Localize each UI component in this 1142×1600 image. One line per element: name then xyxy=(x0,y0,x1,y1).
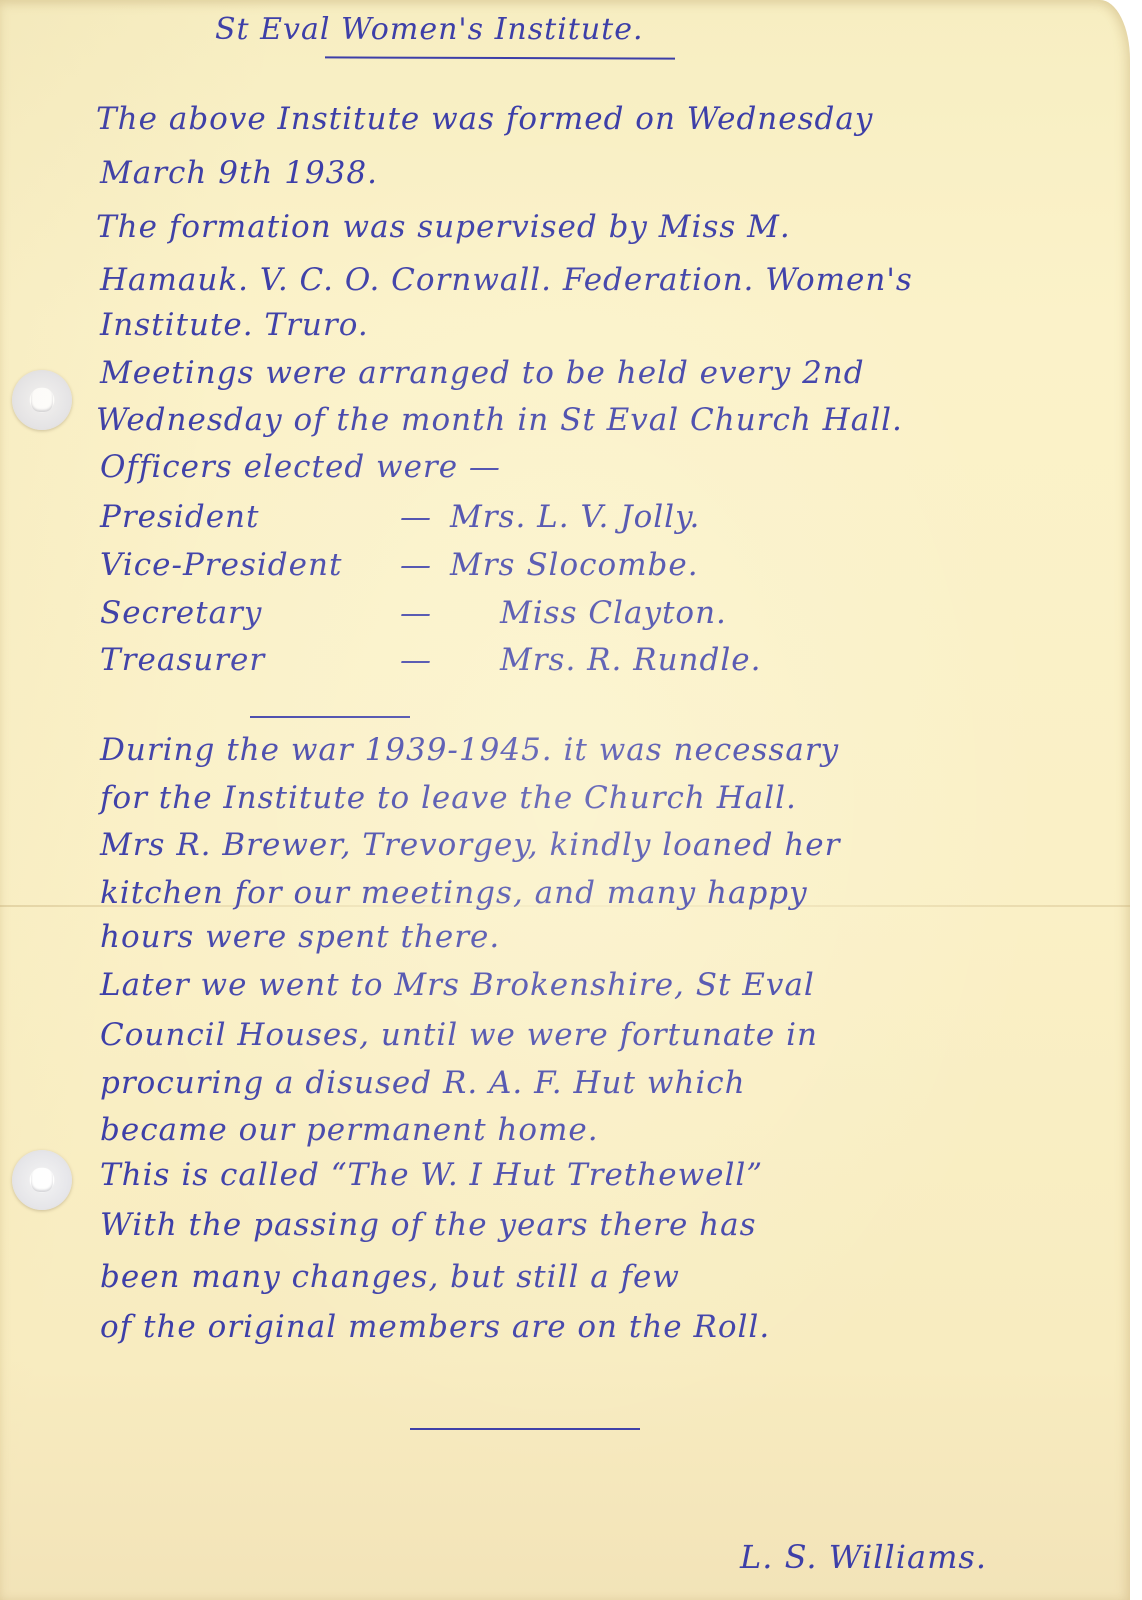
text-line: Wednesday of the month in St Eval Church… xyxy=(96,405,903,436)
text-line: Mrs R. Brewer, Trevorgey, kindly loaned … xyxy=(100,830,840,861)
text-line: With the passing of the years there has xyxy=(100,1210,757,1241)
text-line: kitchen for our meetings, and many happy xyxy=(100,878,808,909)
text-line: of the original members are on the Roll. xyxy=(100,1312,770,1343)
officer-dash: — xyxy=(400,502,432,533)
signature: L. S. Williams. xyxy=(740,1538,987,1576)
title-underline xyxy=(325,56,675,59)
text-line: Later we went to Mrs Brokenshire, St Eva… xyxy=(100,970,815,1001)
text-line: procuring a disused R. A. F. Hut which xyxy=(100,1068,746,1099)
text-line: Council Houses, until we were fortunate … xyxy=(100,1020,818,1051)
text-line: hours were spent there. xyxy=(100,922,500,953)
officer-role: Treasurer xyxy=(100,645,265,676)
text-line: The above Institute was formed on Wednes… xyxy=(96,104,873,135)
officer-name: Mrs. R. Rundle. xyxy=(500,645,761,676)
officer-role: Secretary xyxy=(100,598,262,629)
officer-name: Miss Clayton. xyxy=(500,598,727,629)
text-line: Officers elected were — xyxy=(100,452,501,483)
officer-dash: — xyxy=(400,550,432,581)
text-line: Hamauk. V. C. O. Cornwall. Federation. W… xyxy=(100,265,913,296)
text-line: became our permanent home. xyxy=(100,1115,599,1146)
text-line: The formation was supervised by Miss M. xyxy=(96,212,791,243)
text-line: This is called “The W. I Hut Trethewell” xyxy=(100,1160,763,1191)
document-title: St Eval Women's Institute. xyxy=(215,12,644,47)
text-line: Meetings were arranged to be held every … xyxy=(100,358,865,389)
text-line: for the Institute to leave the Church Ha… xyxy=(100,783,797,814)
officer-dash: — xyxy=(400,598,432,629)
officer-dash: — xyxy=(400,645,432,676)
text-line: March 9th 1938. xyxy=(100,158,378,189)
section-divider xyxy=(250,716,410,718)
text-line: During the war 1939-1945. it was necessa… xyxy=(100,735,839,766)
officer-role: President xyxy=(100,502,259,533)
officer-name: Mrs. L. V. Jolly. xyxy=(450,502,700,533)
closing-divider xyxy=(410,1428,640,1430)
text-line: been many changes, but still a few xyxy=(100,1262,680,1293)
officer-name: Mrs Slocombe. xyxy=(450,550,699,581)
handwritten-page: St Eval Women's Institute. The above Ins… xyxy=(0,0,1130,1600)
text-line: Institute. Truro. xyxy=(100,310,369,341)
punch-hole-icon xyxy=(12,370,72,430)
punch-hole-icon xyxy=(12,1150,72,1210)
officer-role: Vice-President xyxy=(100,550,342,581)
